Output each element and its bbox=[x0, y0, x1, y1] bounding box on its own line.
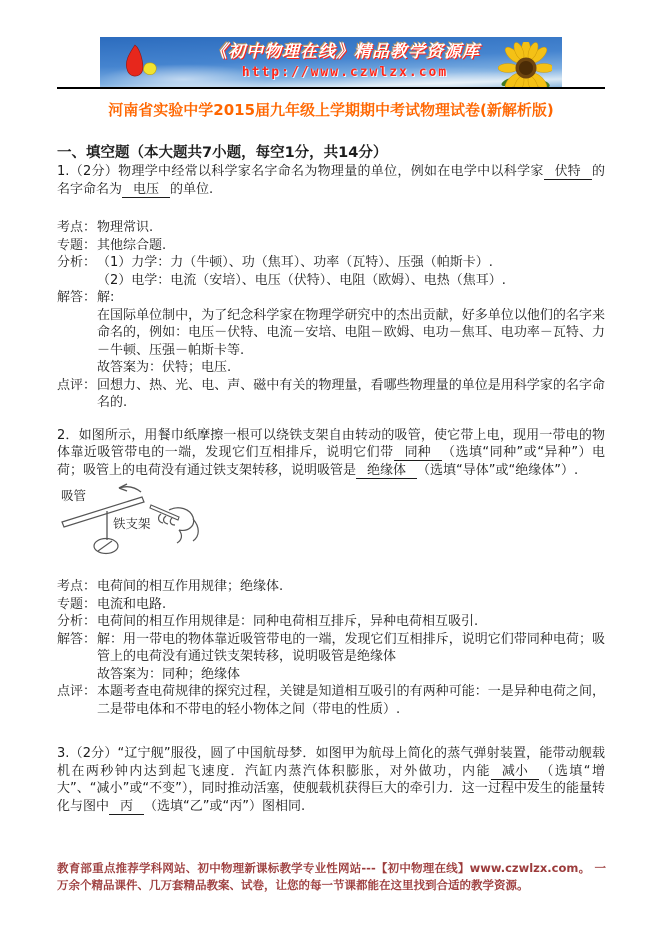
question-3-stem: 3.（2分）“辽宁舰”服役，圆了中国航母梦．如图甲为航母上简化的蒸气弹射装置，能… bbox=[57, 745, 605, 815]
meta-text: （2）电学：电流（安培）、电压（伏特）、电阻（欧姆）、电热（焦耳）. bbox=[97, 272, 605, 290]
meta-text: （1）力学：力（牛顿）、功（焦耳）、功率（瓦特）、压强（帕斯卡）. bbox=[97, 254, 605, 272]
meta-row-solution: 解答： 解: 在国际单位制中，为了纪念科学家在物理学研究中的杰出贡献，好多单位以… bbox=[57, 289, 605, 377]
meta-label: 考点： bbox=[57, 219, 97, 237]
meta-text: 回想力、热、光、电、声、磁中有关的物理量，看哪些物理量的单位是用科学家的名字命名… bbox=[97, 377, 605, 412]
meta-label: 解答： bbox=[57, 289, 97, 307]
meta-row-analysis: 分析： （1）力学：力（牛顿）、功（焦耳）、功率（瓦特）、压强（帕斯卡）. （2… bbox=[57, 254, 605, 289]
meta-text: 其他综合题. bbox=[97, 237, 605, 255]
answer-blank: 同种 bbox=[394, 445, 442, 461]
meta-row-comment: 点评： 回想力、热、光、电、声、磁中有关的物理量，看哪些物理量的单位是用科学家的… bbox=[57, 377, 605, 412]
header-divider bbox=[57, 87, 605, 89]
meta-text: 故答案为：同种；绝缘体 bbox=[97, 666, 605, 684]
meta-text: 物理常识. bbox=[97, 219, 605, 237]
stand-base bbox=[94, 539, 118, 554]
answer-blank: 减小 bbox=[491, 764, 539, 780]
question-2-stem: 2．如图所示，用餐巾纸摩擦一根可以绕铁支架自由转动的吸管，使它带上电，现用一带电… bbox=[57, 427, 605, 480]
meta-text: 解：用一带电的物体靠近吸管带电的一端，发现它们互相排斥，说明它们带同种电荷；吸管… bbox=[97, 631, 605, 666]
meta-text: 在国际单位制中，为了纪念科学家在物理学研究中的杰出贡献，好多单位以他们的名字来命… bbox=[97, 307, 605, 360]
meta-label: 点评： bbox=[57, 683, 97, 701]
stem-text: （选填“导体”或“绝缘体”）. bbox=[417, 463, 578, 478]
sunflower-icon bbox=[498, 42, 552, 87]
banner-site-url: http://www.czwlzx.com bbox=[195, 64, 495, 82]
flame-logo-icon bbox=[120, 44, 162, 82]
stem-text: 的单位. bbox=[170, 182, 213, 197]
meta-row-exam-point: 考点： 电荷间的相互作用规律；绝缘体. bbox=[57, 578, 605, 596]
question-1-analysis: 考点： 物理常识. 专题： 其他综合题. 分析： （1）力学：力（牛顿）、功（焦… bbox=[57, 219, 605, 412]
figure-label-stand: 铁支架 bbox=[113, 516, 151, 531]
document-page: 《初中物理在线》精品教学资源库 http://www.czwlzx.com bbox=[0, 0, 661, 815]
straw-stand-figure: 吸管 铁支架 bbox=[57, 483, 272, 575]
question-2-analysis: 考点： 电荷间的相互作用规律；绝缘体. 专题： 电流和电路. 分析： 电荷间的相… bbox=[57, 578, 605, 718]
site-banner: 《初中物理在线》精品教学资源库 http://www.czwlzx.com bbox=[100, 37, 562, 87]
meta-text: 本题考查电荷规律的探究过程，关键是知道相互吸引的有两种可能：一是异种电荷之间，二… bbox=[97, 683, 605, 718]
meta-text: 电流和电路. bbox=[97, 596, 605, 614]
meta-row-exam-point: 考点： 物理常识. bbox=[57, 219, 605, 237]
stem-text: 1.（2分）物理学中经常以科学家名字命名为物理量的单位，例如在电学中以科学家 bbox=[57, 164, 544, 179]
document-title: 河南省实验中学2015届九年级上学期期中考试物理试卷(新解析版) bbox=[57, 99, 605, 121]
question-3: 3.（2分）“辽宁舰”服役，圆了中国航母梦．如图甲为航母上简化的蒸气弹射装置，能… bbox=[57, 745, 605, 815]
meta-label: 分析： bbox=[57, 254, 97, 272]
answer-blank: 绝缘体 bbox=[356, 463, 417, 479]
meta-label: 分析： bbox=[57, 613, 97, 631]
answer-blank: 电压 bbox=[122, 182, 170, 198]
banner-text: 《初中物理在线》精品教学资源库 http://www.czwlzx.com bbox=[195, 40, 495, 82]
page-footer: 教育部重点推荐学科网站、初中物理新课标教学专业性网站---【初中物理在线】www… bbox=[57, 860, 606, 893]
meta-row-solution: 解答： 解：用一带电的物体靠近吸管带电的一端，发现它们互相排斥，说明它们带同种电… bbox=[57, 631, 605, 684]
banner-site-title: 《初中物理在线》精品教学资源库 bbox=[195, 40, 495, 64]
figure-label-straw: 吸管 bbox=[61, 488, 86, 503]
meta-label: 专题： bbox=[57, 237, 97, 255]
meta-text: 电荷间的相互作用规律；绝缘体. bbox=[97, 578, 605, 596]
meta-label: 解答： bbox=[57, 631, 97, 649]
meta-text: 解: bbox=[97, 289, 605, 307]
meta-row-comment: 点评： 本题考查电荷规律的探究过程，关键是知道相互吸引的有两种可能：一是异种电荷… bbox=[57, 683, 605, 718]
meta-text: 故答案为：伏特；电压. bbox=[97, 359, 605, 377]
meta-row-analysis: 分析： 电荷间的相互作用规律是：同种电荷相互排斥，异种电荷相互吸引. bbox=[57, 613, 605, 631]
answer-blank: 伏特 bbox=[544, 164, 592, 180]
stem-text: （选填“乙”或“丙”）图相同. bbox=[144, 799, 305, 814]
meta-label: 点评： bbox=[57, 377, 97, 395]
meta-text: 电荷间的相互作用规律是：同种电荷相互排斥，异种电荷相互吸引. bbox=[97, 613, 605, 631]
meta-row-topic: 专题： 其他综合题. bbox=[57, 237, 605, 255]
answer-blank: 丙 bbox=[109, 799, 144, 815]
question-1-stem: 1.（2分）物理学中经常以科学家名字命名为物理量的单位，例如在电学中以科学家伏特… bbox=[57, 163, 605, 198]
meta-label: 考点： bbox=[57, 578, 97, 596]
meta-row-topic: 专题： 电流和电路. bbox=[57, 596, 605, 614]
section-heading: 一、填空题（本大题共7小题，每空1分，共14分） bbox=[57, 144, 605, 162]
question-2: 2．如图所示，用餐巾纸摩擦一根可以绕铁支架自由转动的吸管，使它带上电，现用一带电… bbox=[57, 427, 605, 719]
meta-label: 专题： bbox=[57, 596, 97, 614]
